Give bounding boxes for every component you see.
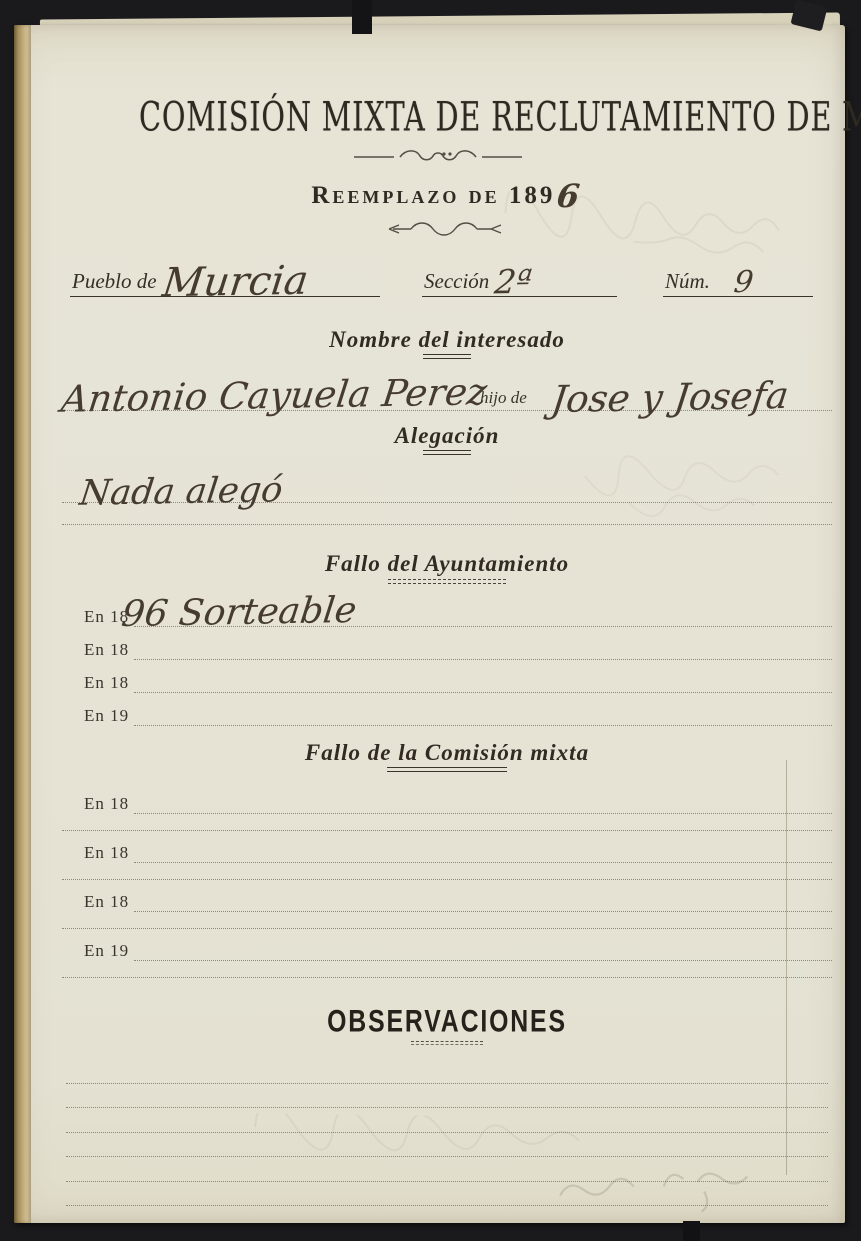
fallo-comision-row: En 18	[62, 833, 832, 882]
entry-dotted-line: 96 Sorteable	[134, 594, 832, 627]
nombre-heading: Nombre del interesado	[62, 327, 832, 353]
blank-dotted-line	[66, 1084, 828, 1109]
scanner-notch-mark	[683, 1221, 700, 1241]
entry-year-label: En 18	[84, 892, 134, 912]
entry-dotted-line	[134, 660, 832, 693]
interesado-name-handwritten: Antonio Cayuela Perez	[59, 373, 489, 417]
fallo-ayuntamiento-heading: Fallo del Ayuntamiento	[62, 551, 832, 577]
fallo-comision-rule	[387, 767, 507, 772]
num-label: Núm.	[663, 269, 716, 296]
pueblo-label: Pueblo de	[70, 269, 163, 296]
blank-dotted-line	[66, 1133, 828, 1158]
alegacion-row: Nada alegó	[62, 483, 832, 503]
identification-row: Pueblo de Murcia Sección 2ª Núm. 9	[62, 262, 832, 297]
blank-dotted-line	[66, 1182, 828, 1207]
blank-dotted-line	[66, 1157, 828, 1182]
num-value-handwritten: 9	[732, 268, 755, 298]
entry-row: En 18	[62, 784, 832, 814]
entry-continuation-line	[62, 830, 832, 831]
reemplazo-label: Reemplazo de 189	[311, 182, 555, 209]
num-field: Núm. 9	[663, 268, 813, 297]
entry-dotted-line	[134, 784, 832, 814]
entry-row: En 18	[62, 833, 832, 863]
binding-edge	[14, 25, 31, 1223]
blank-dotted-line	[66, 1059, 828, 1084]
name-row: Antonio Cayuela Perez hijo de Jose y Jos…	[62, 365, 832, 411]
reemplazo-line: Reemplazo de 1896	[62, 180, 832, 212]
blank-dotted-line	[66, 1108, 828, 1133]
entry-dotted-line	[134, 693, 832, 726]
fallo-comision-row: En 19	[62, 931, 832, 980]
ornament-flourish-icon	[352, 148, 542, 164]
seccion-value-handwritten: 2ª	[493, 265, 534, 299]
entry-row: En 19	[62, 931, 832, 961]
fallo-ayuntamiento-row: En 18 96 Sorteable	[62, 594, 832, 627]
entry-year-label: En 18	[84, 673, 134, 693]
entry-year-label: En 18	[84, 794, 134, 814]
page-title: COMISIÓN MIXTA DE RECLUTAMIENTO DE MURCI…	[139, 95, 755, 141]
entry-year-label: En 19	[84, 941, 134, 961]
entry-continuation-line	[62, 977, 832, 978]
alegacion-heading: Alegación	[62, 423, 832, 449]
fallo-ayuntamiento-row: En 18	[62, 660, 832, 693]
seccion-label: Sección	[422, 269, 495, 296]
seccion-field: Sección 2ª	[422, 265, 617, 297]
reemplazo-year-handwritten: 6	[555, 180, 584, 212]
entry-continuation-line	[62, 879, 832, 880]
entry-year-label: En 19	[84, 706, 134, 726]
document-page: COMISIÓN MIXTA DE RECLUTAMIENTO DE MURCI…	[14, 25, 845, 1223]
fallo-ayuntamiento-row: En 19	[62, 693, 832, 726]
hijo-de-label: hijo de	[480, 388, 527, 408]
entry-dotted-line	[134, 627, 832, 660]
fallo-comision-entries: En 18 En 18 En 18	[62, 784, 832, 980]
scanned-document: COMISIÓN MIXTA DE RECLUTAMIENTO DE MURCI…	[0, 0, 861, 1241]
fallo-comision-heading: Fallo de la Comisión mixta	[62, 740, 832, 766]
fallo-ayuntamiento-row: En 18	[62, 627, 832, 660]
entry-year-label: En 18	[84, 843, 134, 863]
page-content: COMISIÓN MIXTA DE RECLUTAMIENTO DE MURCI…	[62, 25, 832, 1223]
entry-continuation-line	[62, 928, 832, 929]
fallo-comision-row: En 18	[62, 882, 832, 931]
fallo-ayuntamiento-rule	[388, 579, 506, 584]
alegacion-value-handwritten: Nada alegó	[78, 473, 285, 512]
scanner-gap-mark	[352, 0, 372, 34]
entry-dotted-line	[134, 931, 832, 961]
entry-row: En 18	[62, 882, 832, 912]
nombre-heading-rule	[423, 354, 471, 359]
observaciones-heading: OBSERVACIONES	[93, 1003, 801, 1040]
observaciones-rule	[411, 1041, 483, 1045]
pueblo-value-handwritten: Murcia	[160, 261, 310, 304]
fallo-ayuntamiento-entries: En 18 96 Sorteable En 18 En 18 En 19	[62, 594, 832, 726]
fallo-comision-row: En 18	[62, 784, 832, 833]
pueblo-field: Pueblo de Murcia	[70, 262, 380, 297]
parents-handwritten: Jose y Josefa	[549, 377, 790, 418]
alegacion-heading-rule	[423, 450, 471, 455]
entry-dotted-line	[134, 833, 832, 863]
entry-dotted-line	[134, 882, 832, 912]
observaciones-lines	[62, 1059, 832, 1206]
entry-year-label: En 18	[84, 640, 134, 660]
ornament-arrow-flourish-icon	[387, 222, 507, 236]
